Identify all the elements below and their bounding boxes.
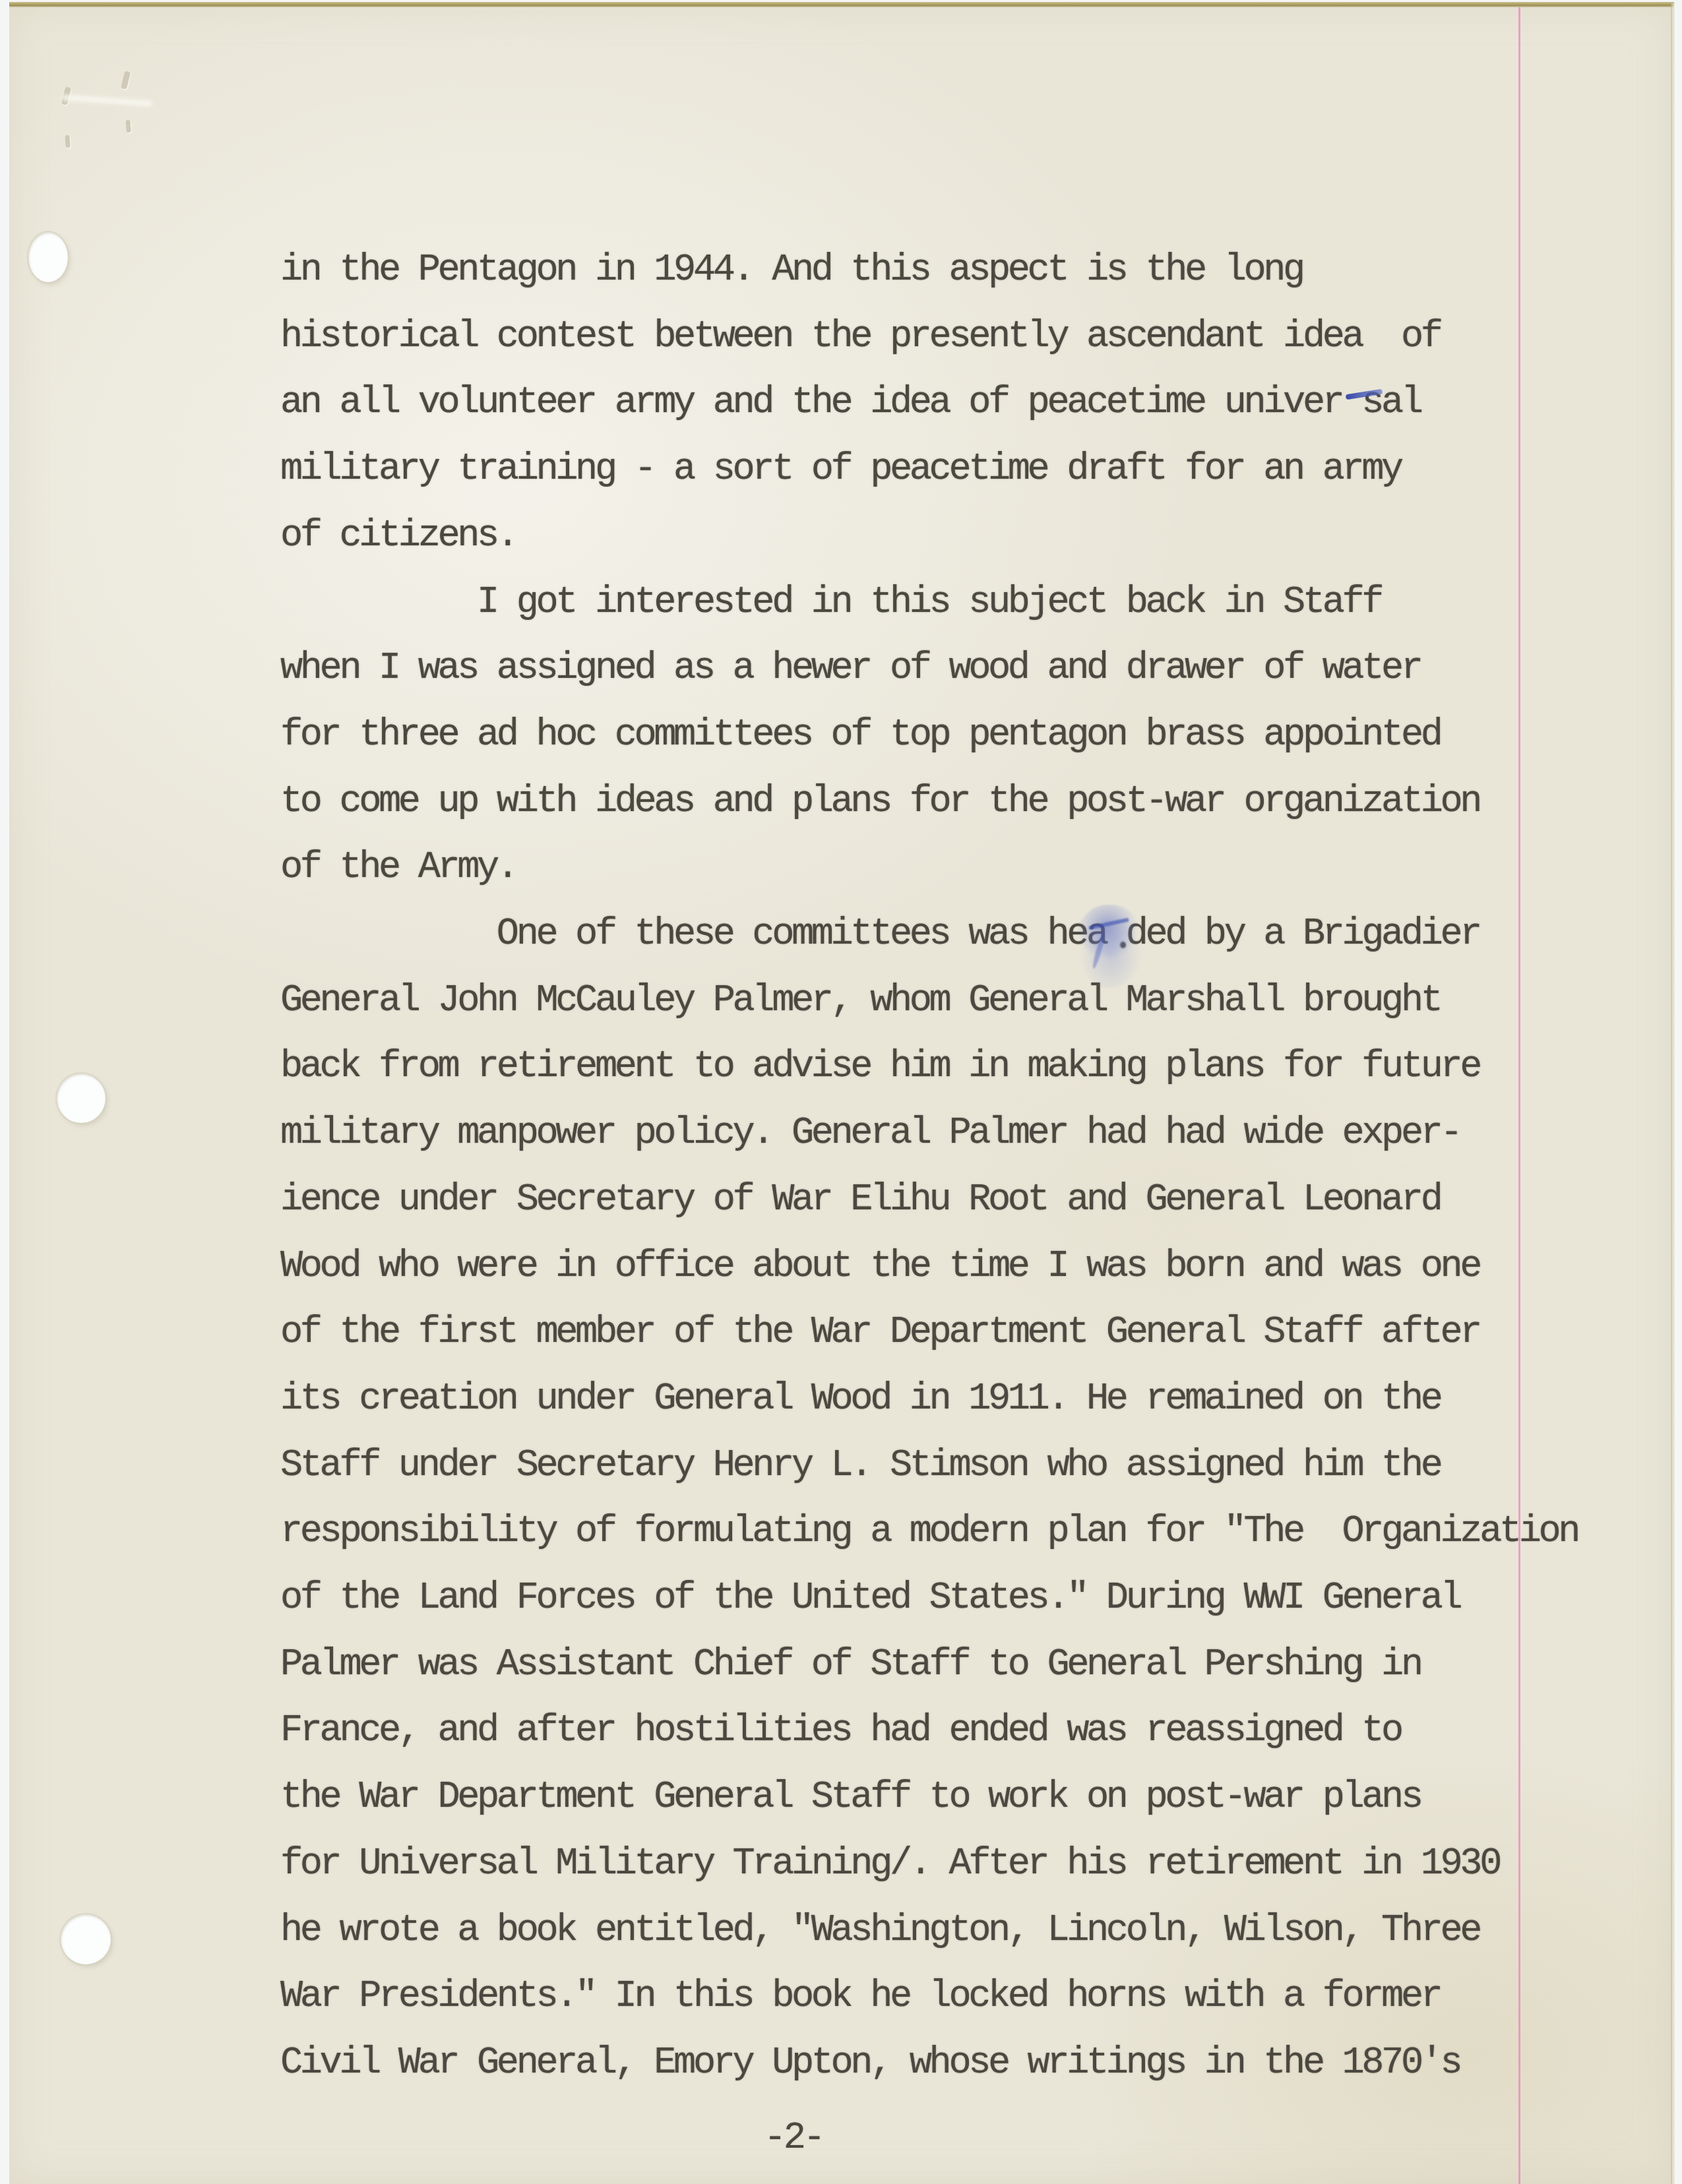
punch-hole-bottom: [61, 1914, 111, 1964]
typed-text-body: in the Pentagon in 1944. And this aspect…: [280, 237, 1578, 2097]
paper-right-edge: [1671, 3, 1675, 2184]
ink-blot-stroke: [1088, 918, 1129, 930]
ink-blot-stroke: [1091, 931, 1107, 969]
punch-hole-top: [28, 232, 68, 282]
punch-hole-middle: [57, 1074, 106, 1123]
paper-top-edge: [9, 2, 1674, 7]
staple-mark: [65, 135, 70, 148]
scanned-page-background: in the Pentagon in 1944. And this aspect…: [0, 0, 1682, 2184]
staple-mark: [125, 120, 131, 133]
page-number: -2-: [764, 2106, 823, 2171]
